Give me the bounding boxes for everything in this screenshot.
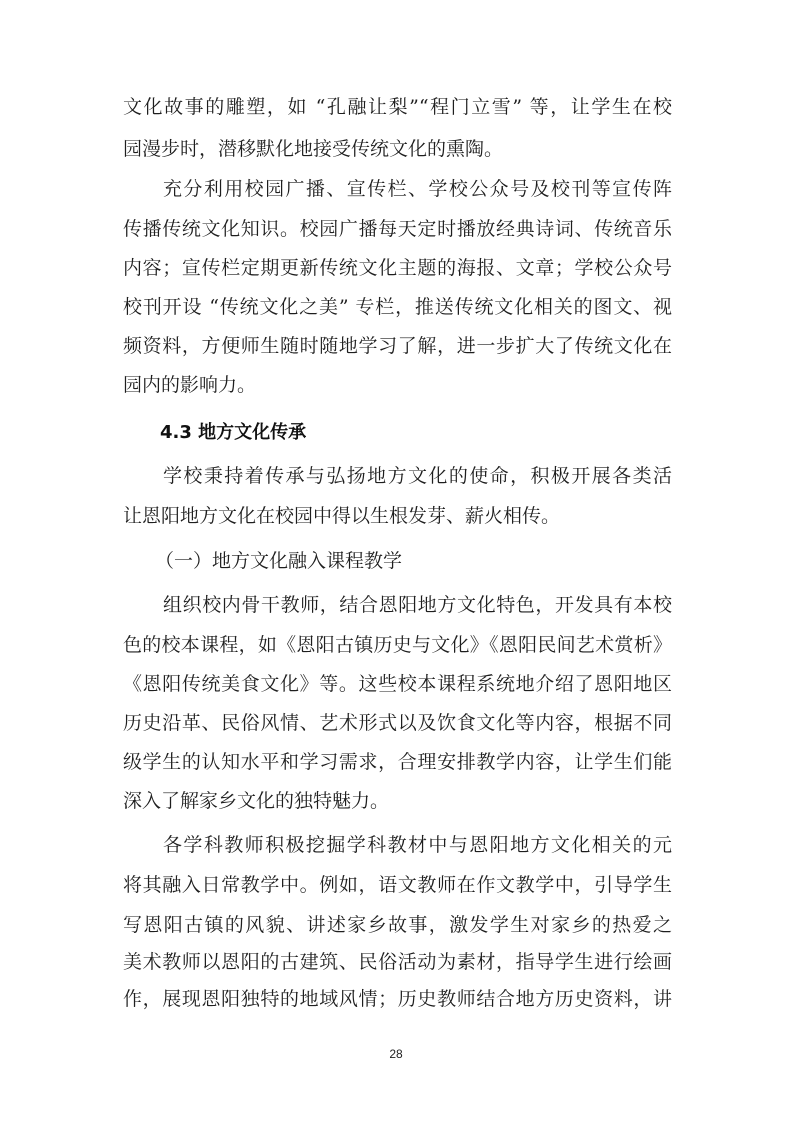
paragraph-line: 深入了解家乡文化的独特魅力。 — [123, 789, 672, 813]
paragraph-line: 写恩阳古镇的风貌、讲述家乡故事，激发学生对家乡的热爱之情； — [123, 913, 672, 937]
paragraph-line: 组织校内骨干教师，结合恩阳地方文化特色，开发具有本校特 — [163, 593, 672, 617]
paragraph-line: 学校秉持着传承与弘扬地方文化的使命，积极开展各类活动， — [163, 464, 672, 488]
paragraph-line: 级学生的认知水平和学习需求，合理安排教学内容，让学生们能够 — [123, 750, 672, 774]
paragraph-line: 园漫步时，潜移默化地接受传统文化的熏陶。 — [123, 137, 672, 161]
paragraph-line: 内容；宣传栏定期更新传统文化主题的海报、文章；学校公众号及 — [123, 256, 672, 280]
subsection-heading: （一）地方文化融入课程教学 — [155, 549, 664, 573]
paragraph-line: 作，展现恩阳独特的地域风情；历史教师结合地方历史资料，讲解 — [123, 987, 672, 1011]
paragraph-line: 色的校本课程，如《恩阳古镇历史与文化》《恩阳民间艺术赏析》 — [123, 633, 672, 657]
paragraph-line: 传播传统文化知识。校园广播每天定时播放经典诗词、传统音乐等 — [123, 217, 672, 241]
paragraph-line: 充分利用校园广播、宣传栏、学校公众号及校刊等宣传阵地， — [163, 177, 672, 201]
document-page: 文化故事的雕塑，如 “孔融让梨”“程门立雪” 等，让学生在校 园漫步时，潜移默化… — [0, 0, 793, 1122]
paragraph-line: 《恩阳传统美食文化》等。这些校本课程系统地介绍了恩阳地区的 — [123, 672, 672, 696]
paragraph-line: 园内的影响力。 — [123, 373, 672, 397]
paragraph-line: 美术教师以恩阳的古建筑、民俗活动为素材，指导学生进行绘画创 — [123, 950, 672, 974]
page-number: 28 — [376, 1046, 416, 1062]
paragraph-line: 校刊开设 “传统文化之美” 专栏，推送传统文化相关的图文、视 — [123, 295, 672, 319]
paragraph-line: 历史沿革、民俗风情、艺术形式以及饮食文化等内容，根据不同年 — [123, 711, 672, 735]
paragraph-line: 各学科教师积极挖掘学科教材中与恩阳地方文化相关的元素， — [163, 833, 672, 857]
paragraph-line: 让恩阳地方文化在校园中得以生根发芽、薪火相传。 — [123, 504, 672, 528]
paragraph-line: 文化故事的雕塑，如 “孔融让梨”“程门立雪” 等，让学生在校 — [123, 95, 672, 119]
paragraph-line: 将其融入日常教学中。例如，语文教师在作文教学中，引导学生描 — [123, 873, 672, 897]
section-heading: 4.3 地方文化传承 — [160, 421, 306, 445]
paragraph-line: 频资料，方便师生随时随地学习了解，进一步扩大了传统文化在校 — [123, 334, 672, 358]
